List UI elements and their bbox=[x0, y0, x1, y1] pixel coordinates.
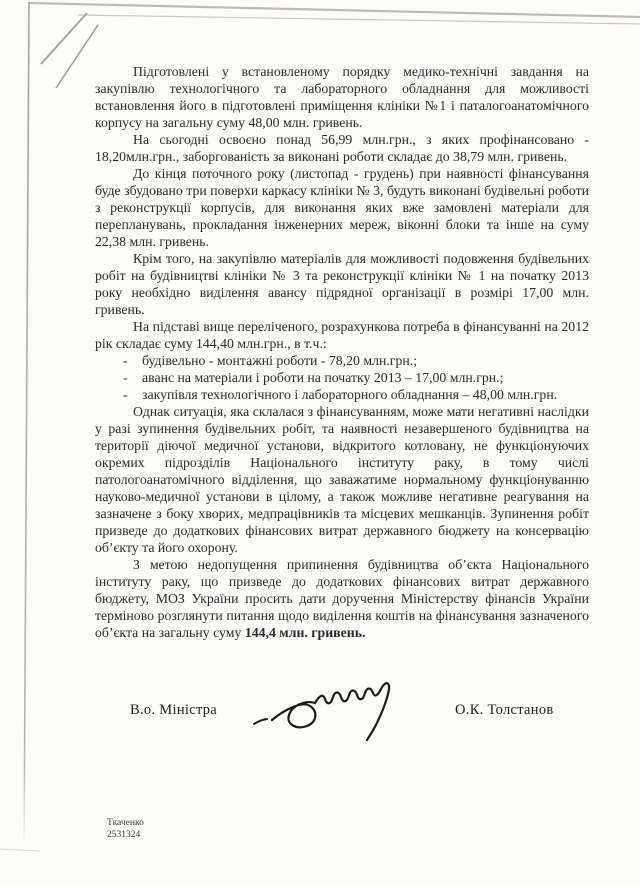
signature-scribble-stroke bbox=[272, 683, 389, 740]
signer-title: В.о. Міністра bbox=[130, 702, 217, 719]
paragraph: Підготовлені у встановленому порядку мед… bbox=[95, 63, 589, 131]
corner-fold-line bbox=[41, 13, 87, 64]
financing-list: - будівельно - монтажні роботи - 78,20 м… bbox=[95, 352, 589, 403]
paragraph: На підставі вище переліченого, розрахунк… bbox=[95, 318, 589, 352]
page-bottom-edge-mark bbox=[0, 849, 40, 851]
list-item-text: закупівля технологічного і лабораторного… bbox=[142, 386, 557, 403]
page-top-edge-line-secondary bbox=[78, 15, 640, 24]
page-left-edge-line bbox=[24, 2, 29, 848]
list-item-marker: - bbox=[123, 352, 142, 369]
paragraph: Крім того, на закупівлю матеріалів для м… bbox=[95, 250, 589, 318]
paragraph: Однак ситуація, яка склалася з фінансува… bbox=[95, 403, 589, 556]
paragraph: До кінця поточного року (листопад - груд… bbox=[95, 165, 589, 250]
executor-name: Ткаченко bbox=[107, 817, 144, 829]
list-item: - закупівля технологічного і лабораторно… bbox=[95, 386, 589, 403]
letter-body: Підготовлені у встановленому порядку мед… bbox=[95, 63, 589, 641]
list-item: - будівельно - монтажні роботи - 78,20 м… bbox=[95, 352, 589, 369]
closing-paragraph: З метою недопущення припинення будівницт… bbox=[95, 556, 589, 641]
closing-amount: 144,4 млн. гривень. bbox=[245, 625, 366, 640]
signature-dash-stroke bbox=[254, 719, 267, 724]
list-item-text: будівельно - монтажні роботи - 78,20 млн… bbox=[142, 352, 417, 369]
handwritten-signature-icon bbox=[248, 678, 408, 744]
list-item-text: аванс на матеріали і роботи на початку 2… bbox=[142, 369, 503, 386]
corner-fold-crease-line bbox=[56, 25, 98, 88]
paragraph: На сьогодні освоєно понад 56,99 млн.грн.… bbox=[95, 131, 589, 165]
executor-footer: Ткаченко 2531324 bbox=[107, 817, 144, 841]
list-item-marker: - bbox=[123, 386, 142, 403]
executor-phone: 2531324 bbox=[107, 829, 144, 841]
signer-name: О.К. Толстанов bbox=[455, 702, 554, 719]
list-item-marker: - bbox=[123, 369, 142, 386]
list-item: - аванс на матеріали і роботи на початку… bbox=[95, 369, 589, 386]
page-top-edge-line bbox=[28, 3, 640, 17]
